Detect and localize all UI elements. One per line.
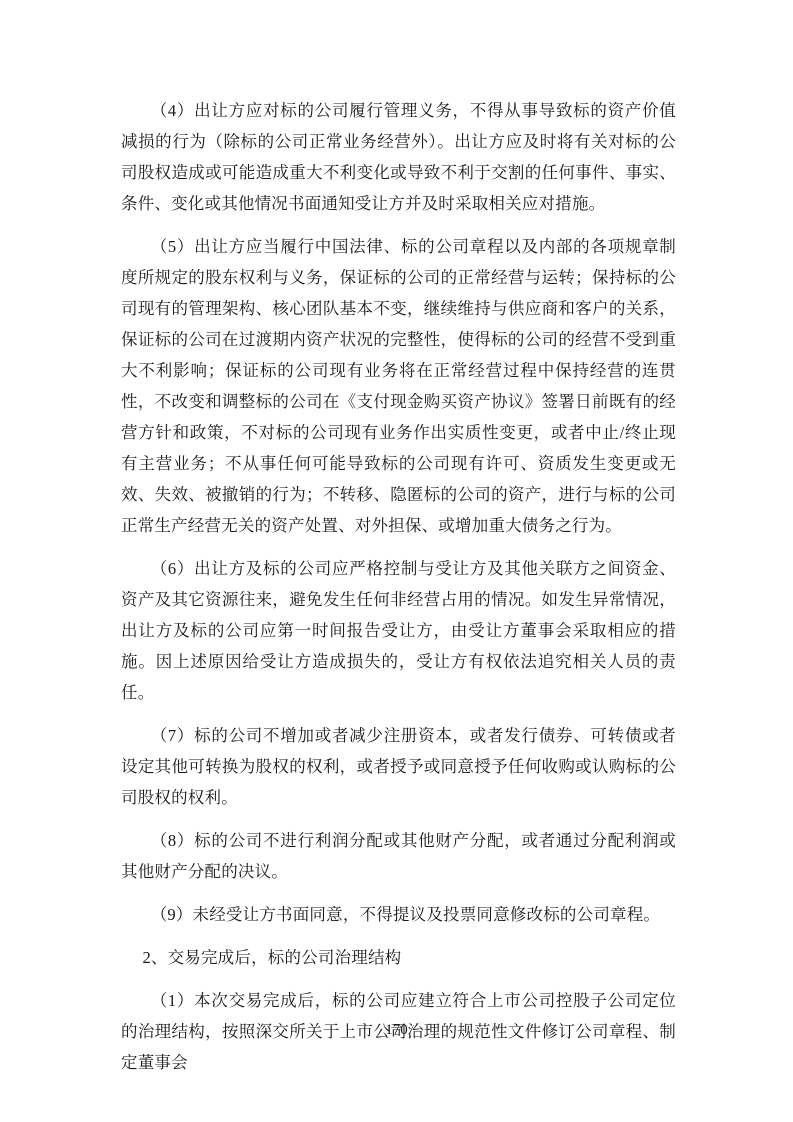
section-heading-governance: 2、交易完成后，标的公司治理结构: [121, 942, 676, 973]
paragraph-item-4: （4）出让方应对标的公司履行管理义务，不得从事导致标的资产价值减损的行为（除标的…: [121, 95, 676, 219]
paragraph-item-8: （8）标的公司不进行利润分配或其他财产分配，或者通过分配利润或其他财产分配的决议…: [121, 825, 676, 887]
paragraph-item-5: （5）出让方应当履行中国法律、标的公司章程以及内部的各项规章制度所规定的股东权利…: [121, 231, 676, 541]
document-body: （4）出让方应对标的公司履行管理义务，不得从事导致标的资产价值减损的行为（除标的…: [121, 95, 676, 1090]
document-page: （4）出让方应对标的公司履行管理义务，不得从事导致标的资产价值减损的行为（除标的…: [0, 0, 793, 1122]
page-number: 170: [0, 1020, 793, 1040]
paragraph-item-9: （9）未经受让方书面同意，不得提议及投票同意修改标的公司章程。: [121, 899, 676, 930]
paragraph-item-6: （6）出让方及标的公司应严格控制与受让方及其他关联方之间资金、资产及其它资源往来…: [121, 553, 676, 708]
paragraph-item-7: （7）标的公司不增加或者减少注册资本，或者发行债券、可转债或者设定其他可转换为股…: [121, 720, 676, 813]
